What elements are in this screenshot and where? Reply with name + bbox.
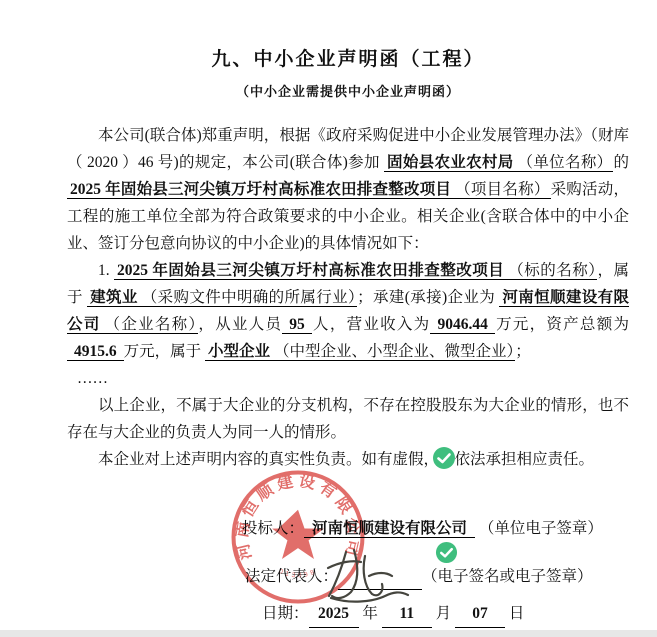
date-label: 日期： [262,605,309,622]
document-content: 九、中小企业声明函（工程） （中小企业需提供中小企业声明函） 本公司(联合体)郑… [67,0,629,628]
date-month-value: 11 [382,600,432,628]
date-day-value: 07 [455,600,505,628]
subject-name-hint: （标的名称） [507,262,597,280]
purchaser-name-hint: （单位名称） [517,154,614,172]
paragraph-item-1: 1. 2025 年固始县三河尖镇万圩村高标准农田排查整改项目（标的名称），属于 … [67,257,629,365]
industry-hint: （采购文件中明确的所属行业） [141,289,357,307]
signature-valid-check-icon [401,446,425,470]
legal-hint: （电子签名或电子签章） [422,568,593,585]
company-name-hint: （企业名称） [104,316,199,334]
date-year-value: 2025 [309,600,359,628]
item1-seg7: ； [515,343,531,360]
item1-seg4: 人，营业收入为 [312,316,431,333]
page-title: 九、中小企业声明函（工程） [67,44,629,71]
document-page: 九、中小企业声明函（工程） （中小企业需提供中小企业声明函） 本公司(联合体)郑… [0,0,657,637]
p4-text: 本企业对上述声明内容的真实性负责。如有 [98,451,393,468]
revenue-value: 9046.44 [430,316,494,334]
item1-seg5: 万元，资产总额为 [495,316,629,333]
bidder-company-name: 河南恒顺建设有限公司 [304,520,475,538]
enterprise-size-filled: 小型企业 [205,343,273,361]
p1-connector: 的 [613,154,629,171]
enterprise-size-hint: （中型企业、小型企业、微型企业） [273,343,515,361]
purchaser-name-filled: 固始县农业农村局 [384,154,517,172]
bidder-hint: （单位电子签章） [479,520,603,537]
legal-representative-line: 法定代表人：（电子签名或电子签章） [67,563,629,590]
project-name-hint: （项目名称） [454,181,550,199]
industry-filled: 建筑业 [87,289,141,307]
subject-name-filled: 2025 年固始县三河尖镇万圩村高标准农田排查整改项目 [114,262,507,280]
signature-block: 投标人：河南恒顺建设有限公司 （单位电子签章） 法定代表人：（电子签名或电子签章… [67,515,629,628]
project-name-filled: 2025 年固始县三河尖镇万圩村高标准农田排查整改项目 [67,181,454,199]
item1-number: 1. [98,262,110,279]
seal-valid-check-icon [435,541,459,565]
paragraph-no-large-enterprise: 以上企业，不属于大企业的分支机构，不存在控股股东为大企业的情形，也不存在与大企业… [67,392,629,446]
legal-signature-blank [338,573,422,590]
ellipsis-line: …… [67,365,629,392]
date-day-unit: 日 [509,605,525,622]
bidder-label: 投标人： [242,520,304,537]
employees-value: 95 [282,316,312,334]
item1-seg6: 万元，属于 [124,343,202,360]
date-line: 日期：2025 年 11 月 07 日 [67,600,629,628]
legal-label: 法定代表人： [245,568,338,585]
bidder-line: 投标人：河南恒顺建设有限公司 （单位电子签章） [67,515,629,542]
date-month-unit: 月 [436,605,452,622]
assets-value: 4915.6 [67,343,124,361]
paragraph-declaration: 本公司(联合体)郑重声明，根据《政府采购促进中小企业发展管理办法》（财库（ 20… [67,122,629,257]
bidder-company-name-text: 河南恒顺建设有限公司 [312,520,467,537]
item1-seg2: ；承建(承接)企业为 [357,289,495,306]
paragraph-responsibility: 本企业对上述声明内容的真实性负责。如有虚假，将依法承担相应责任。 [67,446,629,473]
date-year-unit: 年 [362,605,378,622]
covered-text: 虚假 [393,451,424,468]
item1-seg3: ，从业人员 [198,316,282,333]
viewport-bottom-edge [0,630,657,637]
page-subtitle: （中小企业需提供中小企业声明函） [67,81,629,100]
document-body: 本公司(联合体)郑重声明，根据《政府采购促进中小企业发展管理办法》（财库（ 20… [67,122,629,473]
